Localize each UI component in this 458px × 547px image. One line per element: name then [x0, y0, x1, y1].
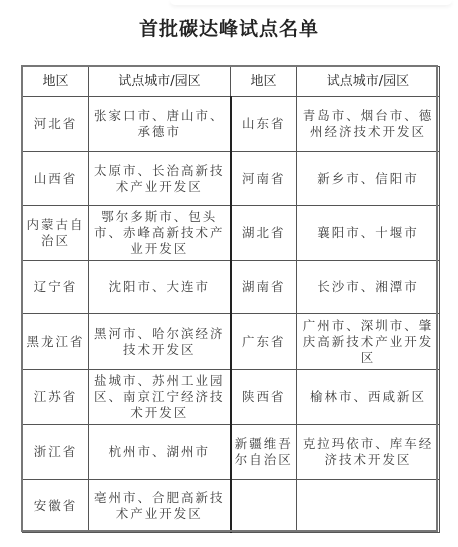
right-cities-cell: 襄阳市、十堰市 [297, 206, 440, 261]
table-row: 安徽省亳州市、合肥高新技术产业开发区 [23, 480, 440, 533]
table-row: 河北省张家口市、唐山市、承德市山东省青岛市、烟台市、德州经济技术开发区 [23, 97, 440, 152]
right-region-cell: 湖北省 [231, 206, 297, 261]
right-cities-cell: 新乡市、信阳市 [297, 152, 440, 206]
left-cities-cell: 张家口市、唐山市、承德市 [89, 97, 231, 152]
table-row: 浙江省杭州市、湖州市新疆维吾尔自治区克拉玛依市、库车经济技术开发区 [23, 425, 440, 480]
left-region-cell: 河北省 [23, 97, 89, 152]
left-cities-cell: 杭州市、湖州市 [89, 425, 231, 480]
left-region-cell: 江苏省 [23, 370, 89, 425]
left-cities-cell: 太原市、长治高新技术产业开发区 [89, 152, 231, 206]
right-cities-cell: 长沙市、湘潭市 [297, 261, 440, 314]
top-card-edge [170, 0, 452, 5]
right-region-cell: 陕西省 [231, 370, 297, 425]
left-region-cell: 内蒙古自治区 [23, 206, 89, 261]
right-cities-cell: 青岛市、烟台市、德州经济技术开发区 [297, 97, 440, 152]
left-region-cell: 辽宁省 [23, 261, 89, 314]
header-cities-right: 试点城市/园区 [297, 67, 440, 97]
right-region-cell: 广东省 [231, 314, 297, 370]
header-region-right: 地区 [231, 67, 297, 97]
right-cities-cell: 榆林市、西咸新区 [297, 370, 440, 425]
right-region-cell: 湖南省 [231, 261, 297, 314]
right-cities-cell [297, 480, 440, 533]
table-row: 辽宁省沈阳市、大连市湖南省长沙市、湘潭市 [23, 261, 440, 314]
table-row: 黑龙江省黑河市、哈尔滨经济技术开发区广东省广州市、深圳市、肇庆高新技术产业开发区 [23, 314, 440, 370]
left-cities-cell: 沈阳市、大连市 [89, 261, 231, 314]
right-cities-cell: 广州市、深圳市、肇庆高新技术产业开发区 [297, 314, 440, 370]
page-title: 首批碳达峰试点名单 [0, 14, 458, 41]
right-region-cell: 新疆维吾尔自治区 [231, 425, 297, 480]
right-region-cell: 山东省 [231, 97, 297, 152]
left-region-cell: 黑龙江省 [23, 314, 89, 370]
table-row: 内蒙古自治区鄂尔多斯市、包头市、赤峰高新技术产业开发区湖北省襄阳市、十堰市 [23, 206, 440, 261]
pilot-list-table: 地区 试点城市/园区 地区 试点城市/园区 河北省张家口市、唐山市、承德市山东省… [22, 66, 440, 533]
left-cities-cell: 黑河市、哈尔滨经济技术开发区 [89, 314, 231, 370]
left-cities-cell: 鄂尔多斯市、包头市、赤峰高新技术产业开发区 [89, 206, 231, 261]
header-cities-left: 试点城市/园区 [89, 67, 231, 97]
left-region-cell: 山西省 [23, 152, 89, 206]
left-region-cell: 安徽省 [23, 480, 89, 533]
table-header-row: 地区 试点城市/园区 地区 试点城市/园区 [23, 67, 440, 97]
table-row: 山西省太原市、长治高新技术产业开发区河南省新乡市、信阳市 [23, 152, 440, 206]
table-row: 江苏省盐城市、苏州工业园区、南京江宁经济技术开发区陕西省榆林市、西咸新区 [23, 370, 440, 425]
header-region-left: 地区 [23, 67, 89, 97]
right-region-cell: 河南省 [231, 152, 297, 206]
right-region-cell [231, 480, 297, 533]
left-region-cell: 浙江省 [23, 425, 89, 480]
left-cities-cell: 亳州市、合肥高新技术产业开发区 [89, 480, 231, 533]
right-cities-cell: 克拉玛依市、库车经济技术开发区 [297, 425, 440, 480]
left-cities-cell: 盐城市、苏州工业园区、南京江宁经济技术开发区 [89, 370, 231, 425]
